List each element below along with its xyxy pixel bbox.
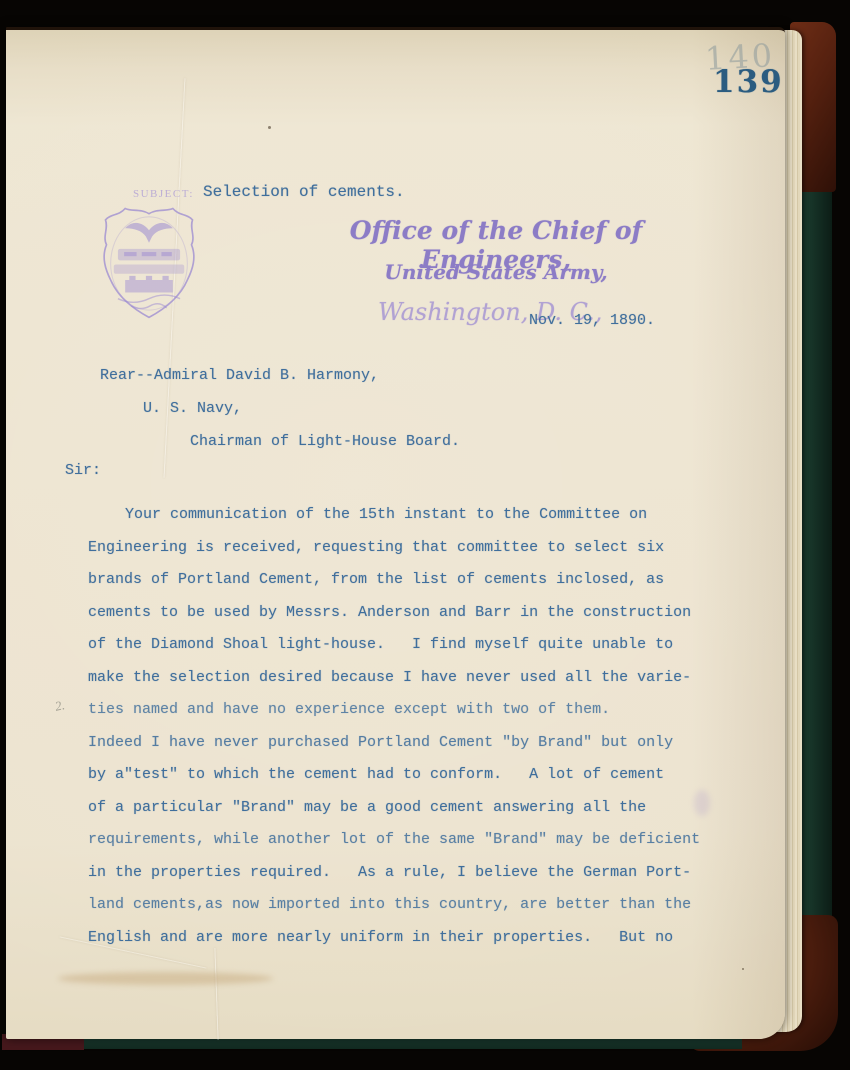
letter-date: Nov. 19, 1890. [529,312,655,329]
body-line: in the properties required. As a rule, I… [88,857,748,890]
letter-page: 140 139 SUBJECT: Selection of cements. [6,27,785,1039]
corps-of-engineers-seal-icon [92,205,206,325]
paper-stain [58,972,273,985]
recipient-title: Chairman of Light-House Board. [190,433,460,450]
body-line: of the Diamond Shoal light-house. I find… [88,629,748,662]
body-line: Engineering is received, requesting that… [88,532,748,565]
pencil-margin-note: 2. [53,697,66,715]
body-line: Your communication of the 15th instant t… [88,499,748,532]
body-line: of a particular "Brand" may be a good ce… [88,792,748,825]
body-line: English and are more nearly uniform in t… [88,922,748,955]
subject-value: Selection of cements. [203,183,405,201]
body-line: land cements,as now imported into this c… [88,889,748,922]
body-line: brands of Portland Cement, from the list… [88,564,748,597]
recipient-service: U. S. Navy, [143,400,242,417]
salutation: Sir: [65,462,101,479]
paper-speck [268,126,271,129]
letter-body: Your communication of the 15th instant t… [88,499,748,954]
body-line: by a"test" to which the cement had to co… [88,759,748,792]
body-line: Indeed I have never purchased Portland C… [88,727,748,760]
body-line: requirements, while another lot of the s… [88,824,748,857]
subject-label: SUBJECT: [133,188,194,200]
body-line: ties named and have no experience except… [88,694,748,727]
paper-speck [742,968,744,970]
body-line: make the selection desired because I hav… [88,662,748,695]
letterhead-army-line: United States Army, [284,260,708,284]
photo-background: 140 139 SUBJECT: Selection of cements. [0,0,850,1070]
paper-crease [214,948,218,1040]
page-number: 139 [713,64,784,100]
recipient-name: Rear--Admiral David B. Harmony, [100,367,379,384]
body-line: cements to be used by Messrs. Anderson a… [88,597,748,630]
